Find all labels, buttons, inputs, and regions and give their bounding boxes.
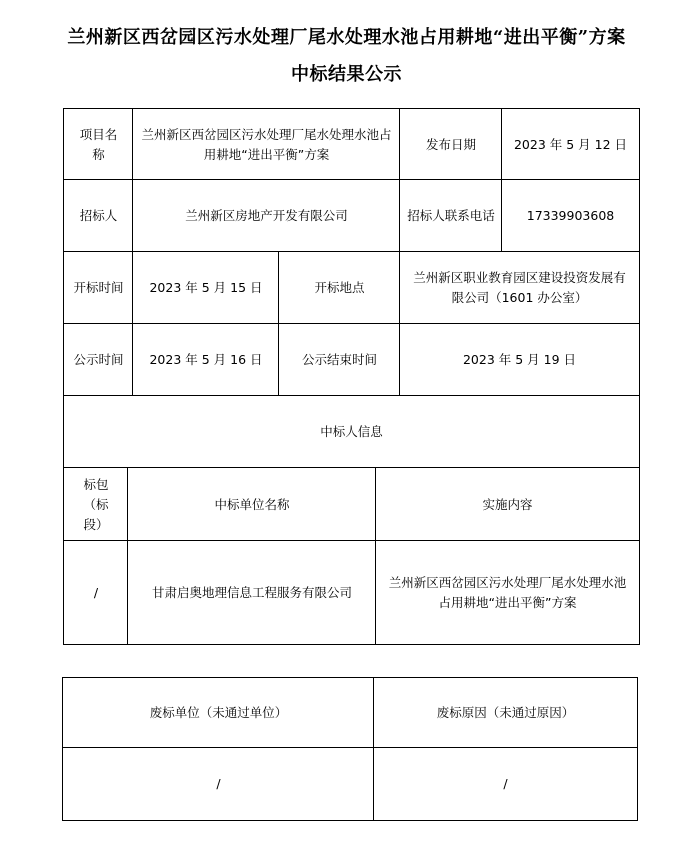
tenderer-label: 招标人 xyxy=(63,179,134,253)
tenderer-phone-value: 17339903608 xyxy=(501,179,640,253)
publish-date-label: 发布日期 xyxy=(399,108,503,181)
page-title-line2: 中标结果公示 xyxy=(0,60,693,86)
rejected-unit-value: / xyxy=(62,747,375,821)
winner-package-value: / xyxy=(63,540,129,645)
bid-open-place-label: 开标地点 xyxy=(278,251,401,325)
project-name-label: 项目名称 xyxy=(63,108,134,181)
winner-header-package: 标包（标段） xyxy=(63,467,129,542)
tenderer-phone-label: 招标人联系电话 xyxy=(399,179,503,253)
winner-content-value: 兰州新区西岔园区污水处理厂尾水处理水池占用耕地“进出平衡”方案 xyxy=(375,540,640,645)
rejected-reason-value: / xyxy=(373,747,638,821)
publicity-end-label: 公示结束时间 xyxy=(278,323,401,397)
bid-open-time-label: 开标时间 xyxy=(63,251,134,325)
publicity-time-label: 公示时间 xyxy=(63,323,134,397)
publicity-time-value: 2023 年 5 月 16 日 xyxy=(132,323,280,397)
publish-date-value: 2023 年 5 月 12 日 xyxy=(501,108,640,181)
tenderer-value: 兰州新区房地产开发有限公司 xyxy=(132,179,401,253)
project-name-value: 兰州新区西岔园区污水处理厂尾水处理水池占用耕地“进出平衡”方案 xyxy=(132,108,401,181)
winner-company-value: 甘肃启奥地理信息工程服务有限公司 xyxy=(127,540,377,645)
winner-header-content: 实施内容 xyxy=(375,467,640,542)
publicity-end-value: 2023 年 5 月 19 日 xyxy=(399,323,640,397)
rejected-header-reason: 废标原因（未通过原因） xyxy=(373,677,638,749)
rejected-header-unit: 废标单位（未通过单位） xyxy=(62,677,375,749)
bid-open-place-value: 兰州新区职业教育园区建设投资发展有限公司（1601 办公室） xyxy=(399,251,640,325)
bid-open-time-value: 2023 年 5 月 15 日 xyxy=(132,251,280,325)
winner-header-company: 中标单位名称 xyxy=(127,467,377,542)
winner-section-label: 中标人信息 xyxy=(63,395,640,469)
page-title-line1: 兰州新区西岔园区污水处理厂尾水处理水池占用耕地“进出平衡”方案 xyxy=(0,23,693,49)
